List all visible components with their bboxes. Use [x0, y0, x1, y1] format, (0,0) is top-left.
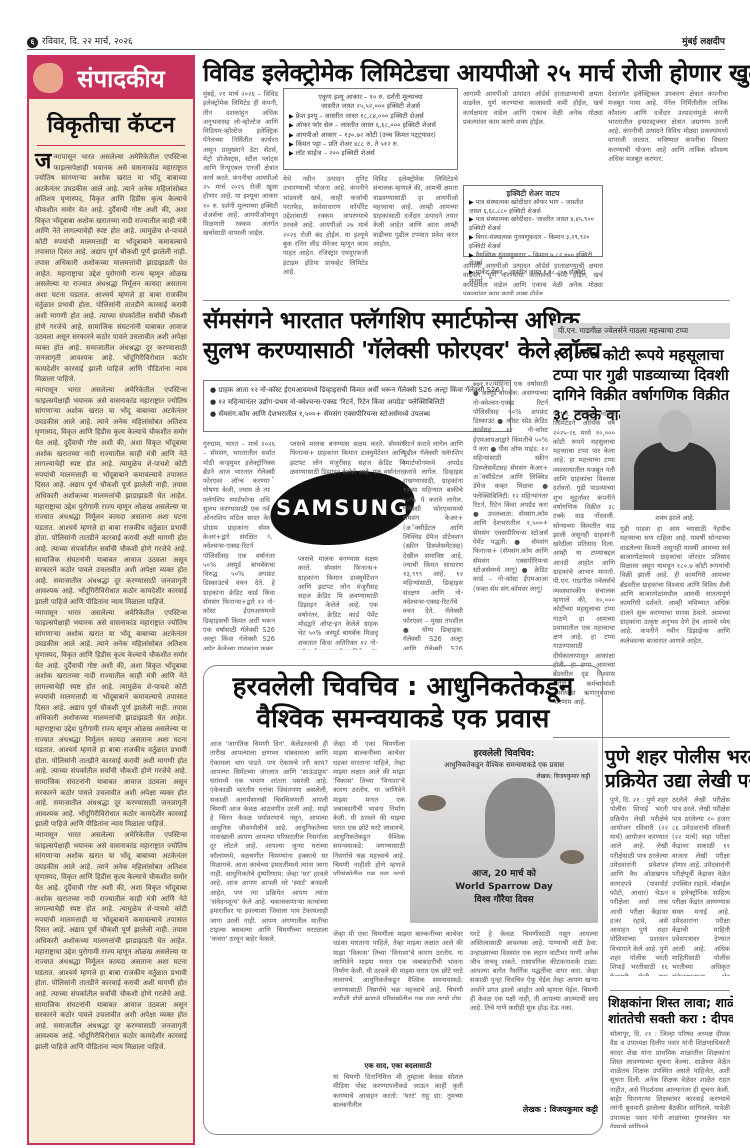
sparrow-subhead: एक साद, एका बदलासाठी: [333, 1062, 463, 1071]
editorial-text-continued: न्मापासून भारत असलेल्या अमेरिकेतील एपस्ट…: [35, 386, 187, 606]
sparrow-bird-icon: [560, 850, 584, 864]
triangle-bullet-icon: ▶: [289, 150, 294, 157]
ipo-col-4: आगामी आयपीओ उत्पादन ऑर्डर्स हाताळण्याची …: [463, 90, 603, 178]
editorial-body: जन्मापासून भारत असलेल्या अमेरिकेतील एपस्…: [29, 152, 193, 1112]
sparrow-poster-image: हरवलेली चिवचिव: आधुनिकतेकडून वैश्विक समन…: [410, 740, 598, 923]
pune-headline-1: पुणे शहर पोलीस भरती: [605, 745, 735, 769]
triangle-bullet-icon: ▶: [289, 113, 294, 120]
triangle-bullet-icon: ▶: [469, 234, 474, 241]
highlight-item: ● ग्राहक आता १२ नो-कॉस्ट ईएमआयमध्ये डिव्…: [210, 384, 504, 396]
equity-allocation-box: इक्विटी शेअर वाटप ▶पात्र संस्थात्मक खरेद…: [463, 185, 603, 257]
ipo-col-4b: आगामी आयपीओ उत्पादन ऑर्डर्स हाताळण्याची …: [463, 262, 603, 295]
school-headline-1: शिक्षकांना शिस्त लावा; शाळेत: [608, 995, 733, 1011]
editorial-text-continued-2: न्मापासून भारत असलेल्या अमेरिकेतील एपस्ट…: [35, 609, 187, 829]
editorial-banner: संपादकीय: [29, 57, 193, 99]
ipo-col-5: देशांतर्गत इलेक्ट्रिकल उपकरण क्षेत्रात क…: [608, 90, 728, 295]
issue-item: ▶लॉट साईज – २०० इक्विटी शेअर्स: [289, 149, 452, 158]
equity-item: ▶पात्र संस्थात्मक खरेदीदार ऑफर भाग – जास…: [469, 199, 597, 217]
issue-box-title-1: एकूण इश्यू आकार – १० रु. दर्शनी मूल्याच्…: [289, 93, 452, 102]
equity-item: ▶बिगर-संस्थात्मक गुंतवणूकदार – किमान ३,२…: [469, 234, 597, 252]
triangle-bullet-icon: ▶: [289, 132, 294, 139]
ipo-col-3: विविड इलेक्ट्रोमेक लिमिटेडचे संचालक म्हण…: [373, 175, 458, 295]
samsung-highlights-box: ● ग्राहक आता १२ नो-कॉस्ट ईएमआयमध्ये डिव्…: [203, 380, 511, 432]
masthead: मुंबई लक्षदीप: [682, 34, 725, 47]
sparrow-headline-1: हरवलेली चिवचिव : आधुनिकतेकडून: [205, 670, 601, 704]
issue-item: ▶फ्रेश इश्यू – जास्तीत जास्त १८,८४,००० इ…: [289, 112, 452, 121]
triangle-bullet-icon: ▶: [469, 216, 474, 223]
triangle-bullet-icon: ▶: [469, 199, 474, 206]
ipo-headline: विविड इलेक्ट्रोमेक लिमिटेडचा आयपीओ २५ मा…: [203, 56, 730, 89]
equity-box-title: इक्विटी शेअर वाटप: [469, 190, 597, 199]
sparrow-col-2: जेव्हा मी एका चिमणीला माझ्या बाल्कनीच्या…: [333, 930, 463, 1000]
page-header: ६रविवार, दि. २२ मार्च, २०२६ मुंबई लक्षदी…: [27, 32, 725, 50]
triangle-bullet-icon: ▶: [289, 122, 294, 129]
issue-item: ▶ऑफर फॉर सेल – जास्तीत जास्त ६,६८,००० इक…: [289, 121, 452, 130]
editorial-column: संपादकीय विकृतीचा कॅप्टन जन्मापासून भारत…: [27, 55, 195, 1145]
drop-cap: ज: [35, 152, 51, 172]
samsung-col-3: रिटर्न करावे लागेल आणि पुढील गॅलेक्सी फ्…: [383, 440, 463, 650]
issue-item: ▶किंमत पट्टा – प्रति शेअर ४८८ रु. ते ५१२…: [289, 140, 452, 149]
page-date: रविवार, दि. २२ मार्च, २०२६: [42, 37, 133, 47]
equity-item: ▶पात्र संस्थात्मक खरेदीदार– जास्तीत जास्…: [469, 216, 597, 234]
school-body: सोलापूर, दि. २१ : जिल्हा परिषद अध्यक्ष द…: [610, 1030, 730, 1128]
editorial-text: न्मापासून भारत असलेल्या अमेरिकेतील एपस्ट…: [35, 153, 187, 383]
samsung-col-1: गुरुग्राम, भारत – मार्च २०२६ – सॅमसंग, भ…: [203, 440, 275, 650]
section-divider: [610, 990, 730, 991]
samsung-col-4: ७७१.१२/महिना एक वर्षासाठी ● अस्यूर्ड बाय…: [473, 380, 548, 650]
hand-pen-icon: [33, 63, 63, 93]
sparrow-byline: लेखक : विजयकुमार कट्टी: [470, 1104, 598, 1115]
pune-col-2: ठरलेले लेखी परीक्षेस पात्र ठरले. लेखी पर…: [672, 796, 730, 976]
sparrow-col-3: घरटे हे केवळ चिमणीसाठी नसून आपल्या अस्ति…: [470, 930, 598, 1060]
poster-caption: आज, 20 मार्च को World Sparrow Day विश्व …: [410, 868, 598, 907]
png-col-2: गुढी पाडवा हा आम च्यासाठी नेहमीच महत्त्व…: [620, 525, 730, 730]
ipo-col-2: येथे नवीन उत्पादन युनिट उभारण्याची योजना…: [283, 175, 368, 295]
face-shape: [658, 410, 692, 452]
pune-headline-2: प्रक्रियेत उद्या लेखी परीक्षा: [605, 769, 735, 793]
editorial-text-continued-3: न्मापासून भारत असलेल्या अमेरिकेतील एपस्ट…: [35, 831, 187, 1051]
executive-photo: [620, 400, 730, 510]
poster-subtitle: आधुनिकतेकडून वैश्विक समन्वयाकडे एक प्रवा…: [410, 761, 598, 770]
poster-title: हरवलेली चिवचिव:: [410, 746, 598, 759]
sparrow-col-2-tail: या चिमणी दिनानिमित्त मी तुम्हाला केवळ सो…: [333, 1073, 463, 1125]
ipo-issue-box: एकूण इश्यू आकार – १० रु. दर्शनी मूल्याच्…: [283, 88, 458, 170]
sparrow-headline-2: वैश्विक समन्वयाकडे एक प्रवास: [205, 702, 601, 736]
sparrow-bird-icon: [418, 795, 446, 811]
highlight-item: ● १२ महिन्यांनंतर उद्योग-प्रथम नो-क्वेश्…: [210, 396, 504, 408]
ipo-col-1: मुंबई, २१ मार्च २०२६ – विविड इलेक्ट्रोमे…: [203, 90, 278, 295]
editorial-banner-label: संपादकीय: [77, 62, 164, 95]
pune-col-1: पुणे, दि. २१ : पुणे शहर पोलीस शिपाई भरती…: [610, 796, 668, 976]
page-number: ६: [27, 37, 38, 48]
samsung-col-2: प्लसचे मालक बनण्यास सक्षम करते. सॅमसंग फ…: [298, 555, 378, 650]
triangle-bullet-icon: ▶: [289, 141, 294, 148]
issue-item: ▶आयपीओ आकार – १३०.७२ कोटी (उच्च किंमत पट…: [289, 131, 452, 140]
author-portrait: [485, 778, 555, 858]
poster-author: लेखक: विजयकुमार कट्टी: [410, 772, 590, 780]
samsung-headline-1: सॅमसंगने भारतात फ्लॅगशिप स्मार्टफोन्स अध…: [203, 306, 598, 336]
editorial-title: विकृतीचा कॅप्टन: [29, 99, 193, 145]
section-divider: [203, 300, 730, 301]
png-kicker: पी.एन. गाडगीळ ज्वेलर्सने गाठला महत्त्वाच…: [553, 323, 730, 339]
highlight-item: ● सॅमसंग.कॉम आणि देशभरातील १,५००+ सॅमसंग…: [210, 408, 504, 420]
divider: [37, 145, 185, 146]
sparrow-col-2-top: जेव्हा मी एका चिमणीला माझ्या बाल्कनीच्या…: [333, 740, 405, 875]
suit-shape: [634, 442, 716, 510]
triangle-bullet-icon: ▶: [469, 252, 474, 259]
photo-caption: शक्य झाले आहे.: [620, 513, 730, 522]
issue-box-title-2: जास्तीत जास्त २५,५२,००० इक्विटी शेअर्स: [289, 102, 452, 111]
school-headline-2: शांततेची सक्ती करा : दीपक वैद्य: [608, 1011, 733, 1027]
sparrow-col-1: आज 'जागतिक चिमणी दिन'. कॅलेंडरवरची ही ता…: [210, 740, 328, 1125]
page-date-group: ६रविवार, दि. २२ मार्च, २०२६: [27, 34, 133, 48]
samsung-headline-2: सुलभ करण्यासाठी 'गॅलेक्सी फोरएवर' केले ल…: [203, 336, 598, 366]
